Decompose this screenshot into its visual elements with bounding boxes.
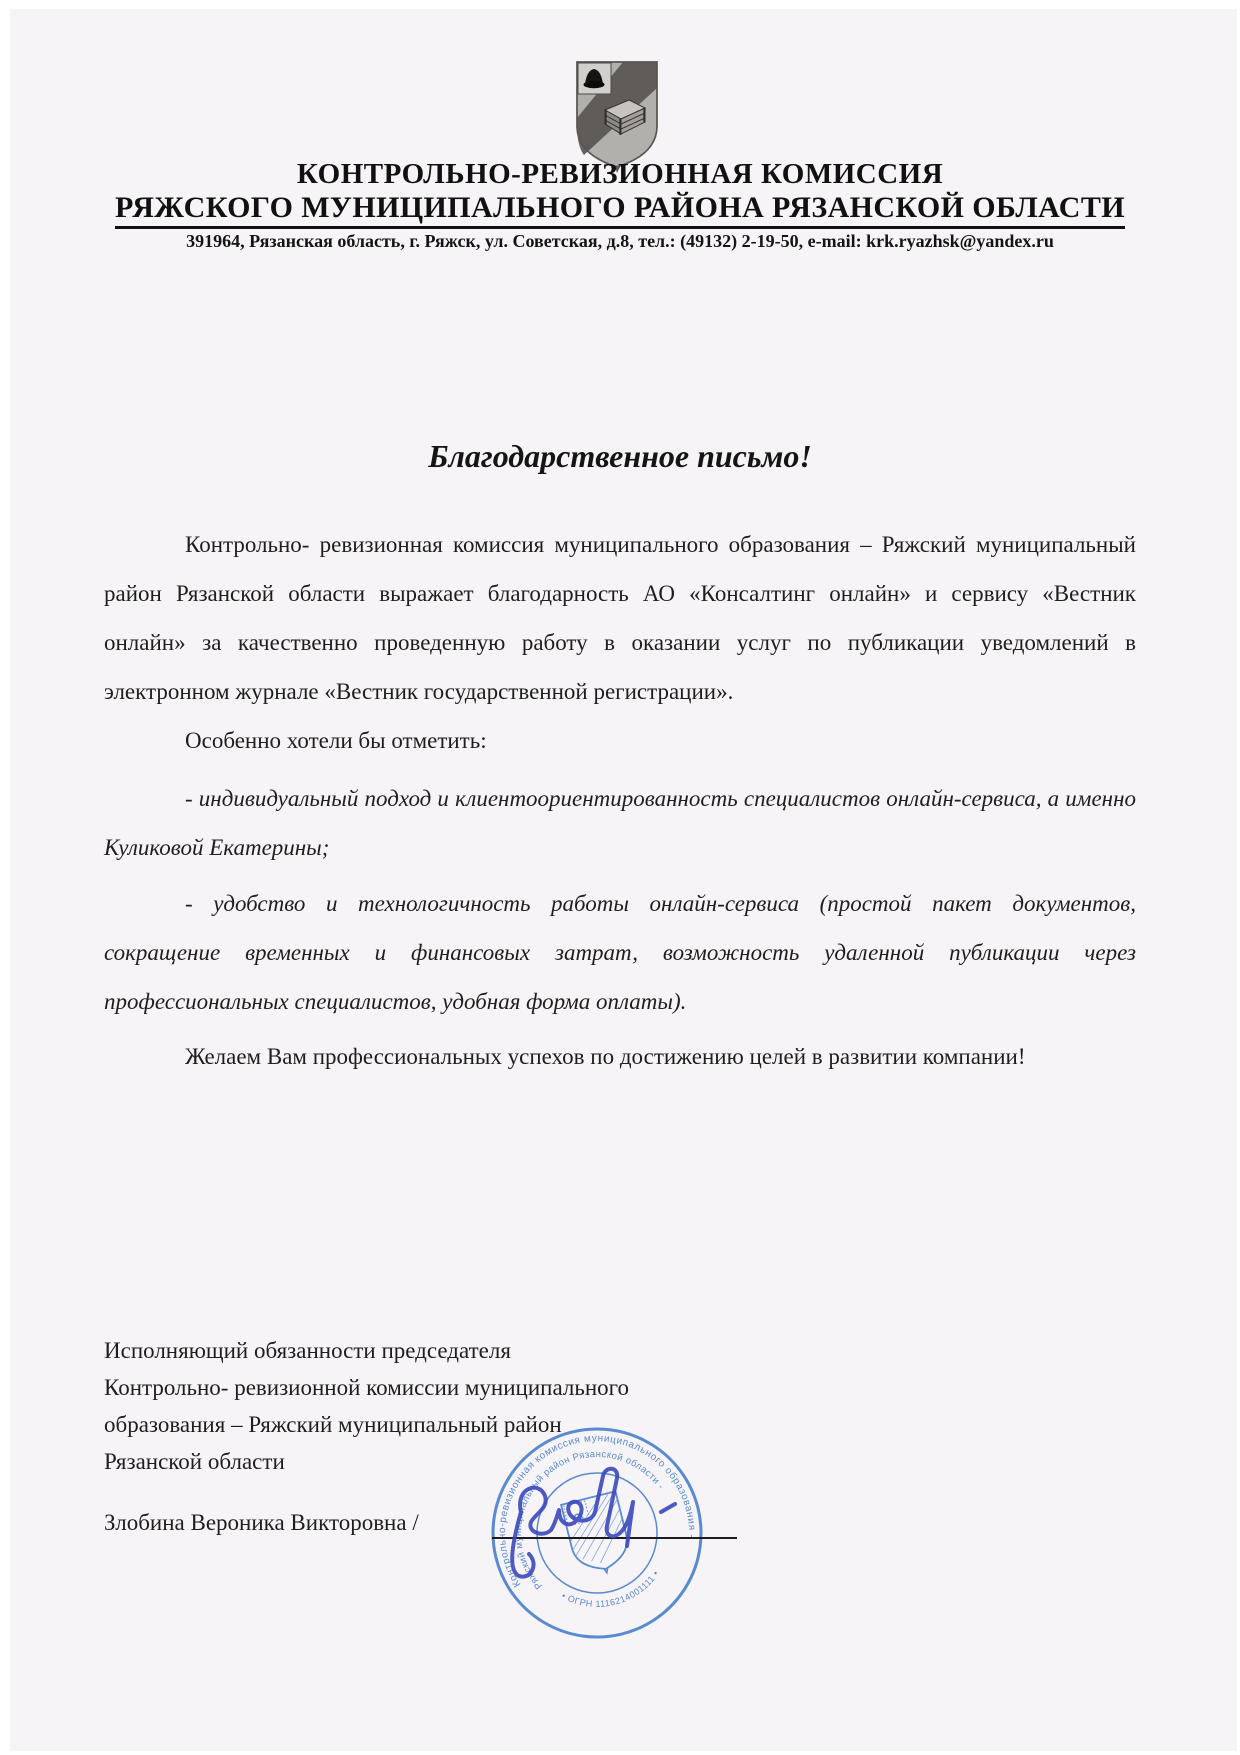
body-bullet-2: - удобство и технологичность работы онла… <box>104 879 1136 1026</box>
org-address-line: 391964, Рязанская область, г. Ряжск, ул.… <box>0 231 1240 252</box>
scanned-letter-page: КОНТРОЛЬНО-РЕВИЗИОННАЯ КОМИССИЯ РЯЖСКОГО… <box>0 0 1240 1755</box>
org-name-line1: КОНТРОЛЬНО-РЕВИЗИОННАЯ КОМИССИЯ <box>0 158 1240 191</box>
ryazhsk-coat-of-arms-icon <box>575 60 659 174</box>
document-title: Благодарственное письмо! <box>0 438 1240 475</box>
body-bullet-1: - индивидуальный подход и клиентоориенти… <box>104 774 1136 872</box>
signer-title-line-4: Рязанской области <box>104 1443 804 1480</box>
org-name-line2: РЯЖСКОГО МУНИЦИПАЛЬНОГО РАЙОНА РЯЗАНСКОЙ… <box>0 191 1240 225</box>
body-paragraph-closing: Желаем Вам профессиональных успехов по д… <box>104 1032 1136 1081</box>
signer-title-line-1: Исполняющий обязанности председателя <box>104 1332 804 1369</box>
signer-title-block: Исполняющий обязанности председателя Кон… <box>104 1332 804 1480</box>
org-name-line2-text: РЯЖСКОГО МУНИЦИПАЛЬНОГО РАЙОНА РЯЗАНСКОЙ… <box>115 191 1125 229</box>
body-paragraph-1: Контрольно- ревизионная комиссия муницип… <box>104 520 1136 716</box>
handwritten-signature <box>455 1448 695 1598</box>
signer-title-line-3: образования – Ряжский муниципальный райо… <box>104 1406 804 1443</box>
body-paragraph-2: Особенно хотели бы отметить: <box>104 716 1136 765</box>
signer-name: Злобина Вероника Викторовна / <box>104 1510 419 1536</box>
letter-body: Контрольно- ревизионная комиссия муницип… <box>104 520 1136 1081</box>
signer-title-line-2: Контрольно- ревизионной комиссии муницип… <box>104 1369 804 1406</box>
